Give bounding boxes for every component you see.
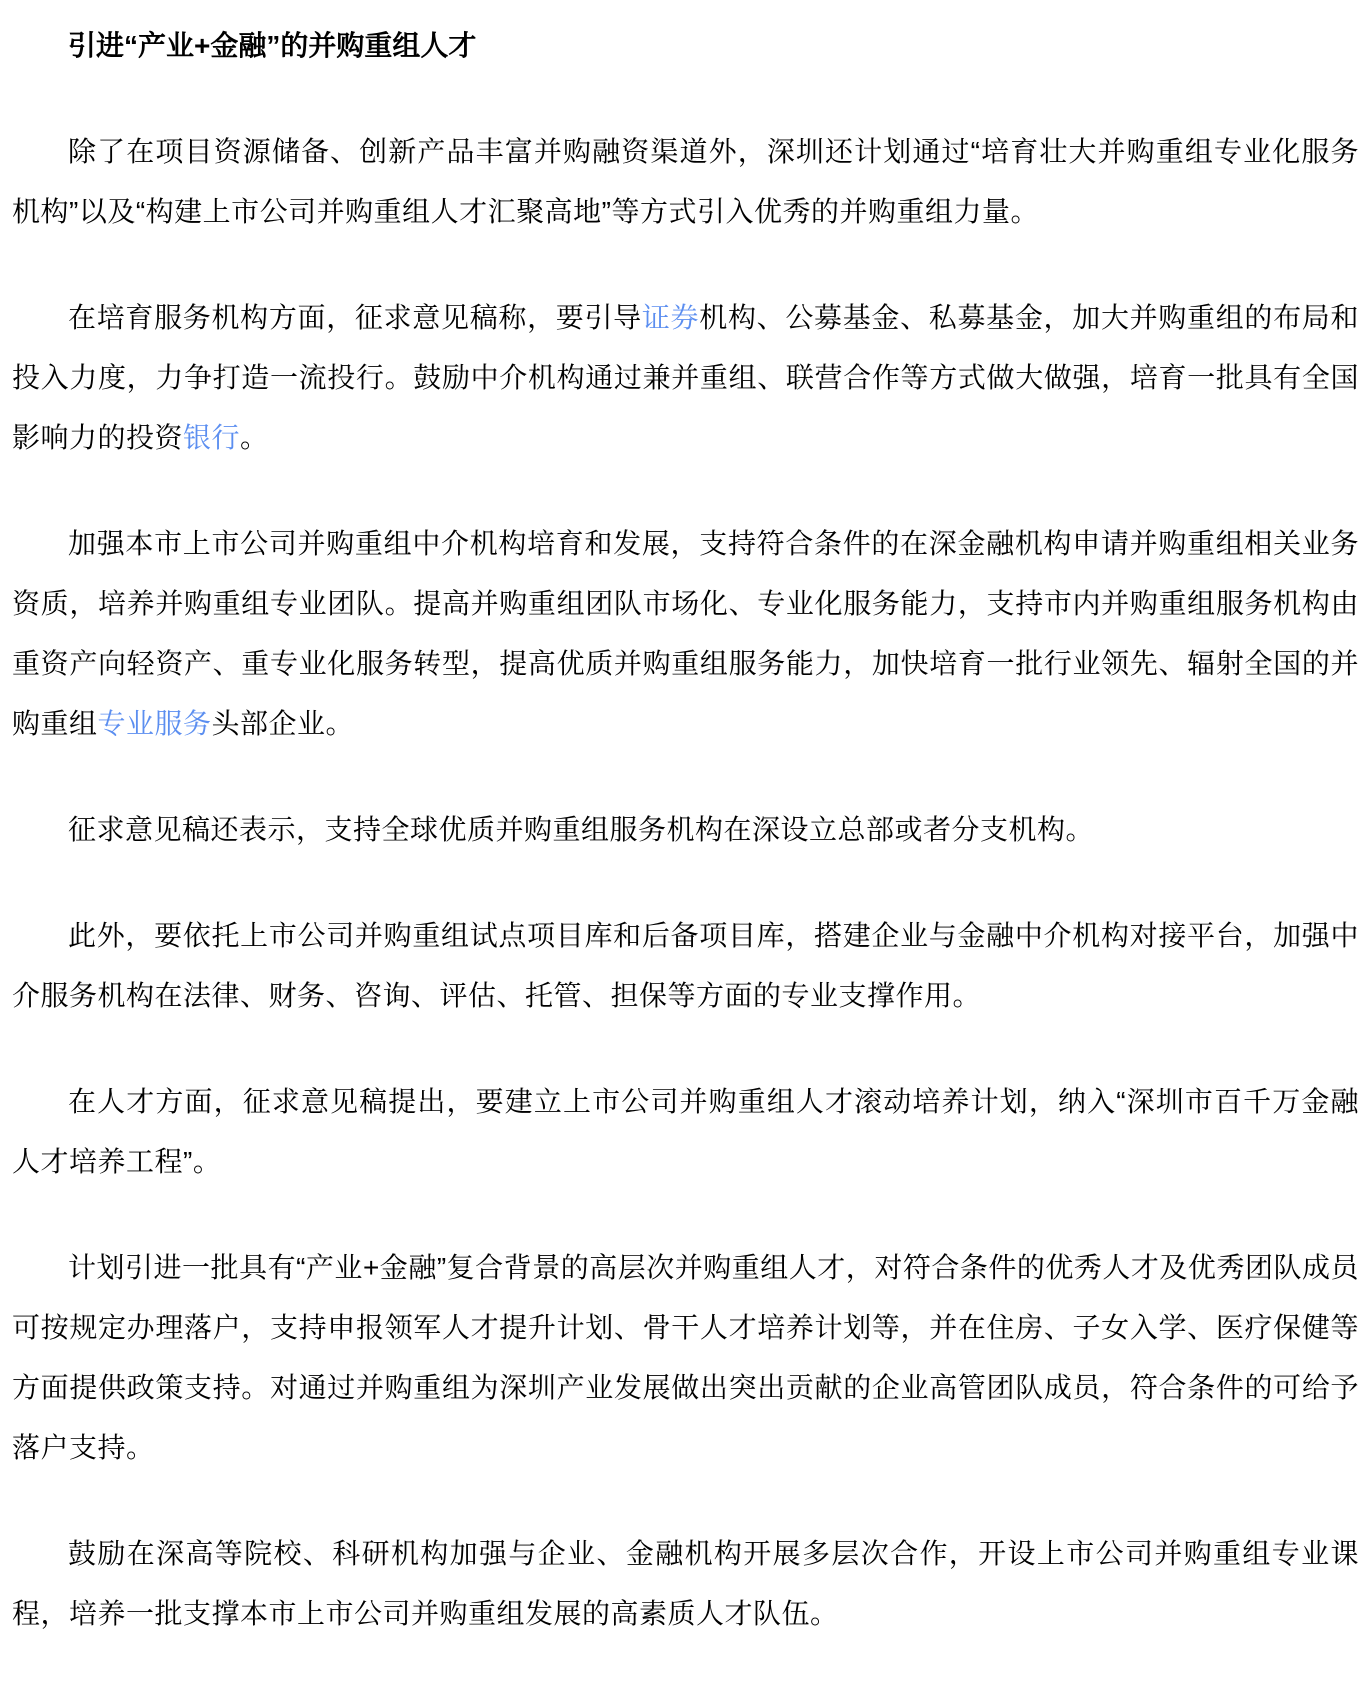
- paragraph-1: 除了在项目资源储备、创新产品丰富并购融资渠道外，深圳还计划通过“培育壮大并购重组…: [12, 122, 1359, 242]
- inline-link-securities[interactable]: 证券: [642, 302, 699, 333]
- paragraph-text: 此外，要依托上市公司并购重组试点项目库和后备项目库，搭建企业与金融中介机构对接平…: [12, 920, 1359, 1011]
- paragraph-text: 鼓励在深高等院校、科研机构加强与企业、金融机构开展多层次合作，开设上市公司并购重…: [12, 1538, 1359, 1629]
- paragraph-text: 在培育服务机构方面，征求意见稿称，要引导: [68, 302, 642, 333]
- paragraph-6: 在人才方面，征求意见稿提出，要建立上市公司并购重组人才滚动培养计划，纳入“深圳市…: [12, 1072, 1359, 1192]
- paragraph-text: 计划引进一批具有“产业+金融”复合背景的高层次并购重组人才，对符合条件的优秀人才…: [12, 1252, 1359, 1463]
- inline-link-bank[interactable]: 银行: [183, 422, 240, 453]
- inline-link-professional-services[interactable]: 专业服务: [98, 708, 212, 739]
- paragraph-8: 鼓励在深高等院校、科研机构加强与企业、金融机构开展多层次合作，开设上市公司并购重…: [12, 1524, 1359, 1644]
- article-heading: 引进“产业+金融”的并购重组人才: [12, 16, 1359, 76]
- paragraph-text: 除了在项目资源储备、创新产品丰富并购融资渠道外，深圳还计划通过“培育壮大并购重组…: [12, 136, 1359, 227]
- paragraph-7: 计划引进一批具有“产业+金融”复合背景的高层次并购重组人才，对符合条件的优秀人才…: [12, 1238, 1359, 1478]
- paragraph-4: 征求意见稿还表示，支持全球优质并购重组服务机构在深设立总部或者分支机构。: [12, 800, 1359, 860]
- paragraph-3: 加强本市上市公司并购重组中介机构培育和发展，支持符合条件的在深金融机构申请并购重…: [12, 514, 1359, 754]
- paragraph-5: 此外，要依托上市公司并购重组试点项目库和后备项目库，搭建企业与金融中介机构对接平…: [12, 906, 1359, 1026]
- paragraph-text: 在人才方面，征求意见稿提出，要建立上市公司并购重组人才滚动培养计划，纳入“深圳市…: [12, 1086, 1359, 1177]
- paragraph-text: 。: [240, 422, 269, 453]
- paragraph-text: 征求意见稿还表示，支持全球优质并购重组服务机构在深设立总部或者分支机构。: [68, 814, 1094, 845]
- paragraph-2: 在培育服务机构方面，征求意见稿称，要引导证券机构、公募基金、私募基金，加大并购重…: [12, 288, 1359, 468]
- article-body: 引进“产业+金融”的并购重组人才 除了在项目资源储备、创新产品丰富并购融资渠道外…: [0, 0, 1371, 1674]
- paragraph-text: 头部企业。: [212, 708, 355, 739]
